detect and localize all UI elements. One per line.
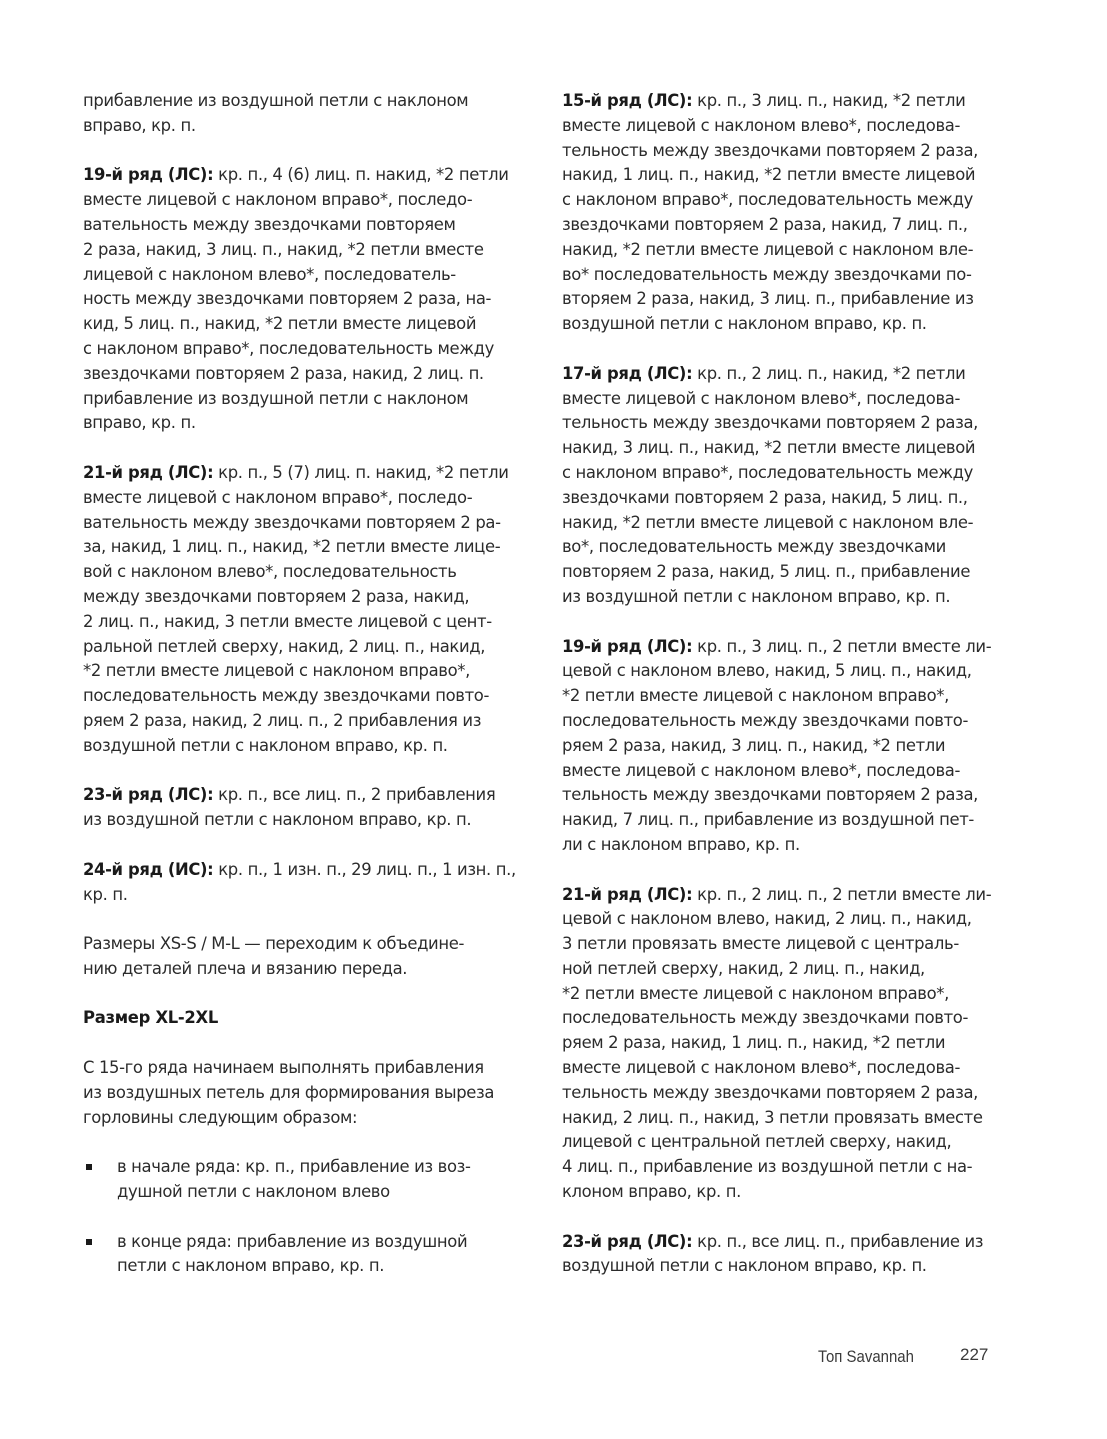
row-label: 23-й ряд (ЛС):: [83, 785, 213, 804]
row-label: 21-й ряд (ЛС):: [562, 885, 692, 904]
row-label: 17-й ряд (ЛС):: [562, 364, 692, 383]
row-19-instructions: 19-й ряд (ЛС): кр. п., 4 (6) лиц. п. нак…: [83, 163, 533, 436]
row-15-instructions: 15-й ряд (ЛС): кр. п., 3 лиц. п., накид,…: [562, 89, 1012, 337]
row-23-instructions: 23-й ряд (ЛС): кр. п., все лиц. п., приб…: [562, 1230, 1012, 1280]
row-24-instructions: 24-й ряд (ИС): кр. п., 1 изн. п., 29 лиц…: [83, 858, 533, 908]
row-21-instructions: 21-й ряд (ЛС): кр. п., 5 (7) лиц. п. нак…: [83, 461, 533, 759]
size-heading: Размер XL-2XL: [83, 1006, 533, 1031]
intro-continuation: прибавление из воздушной петли с наклоно…: [83, 89, 533, 139]
row-label: 24-й ряд (ИС):: [83, 860, 213, 879]
right-column: 15-й ряд (ЛС): кр. п., 3 лиц. п., накид,…: [562, 89, 1012, 1304]
row-label: 19-й ряд (ЛС):: [562, 637, 692, 656]
square-bullet-icon: [86, 1239, 92, 1245]
bullet-item-row-end: в конце ряда: прибавление из воздушной п…: [83, 1230, 533, 1280]
bullet-item-row-start: в начале ряда: кр. п., прибавление из во…: [83, 1155, 533, 1205]
page-number: 227: [960, 1345, 988, 1365]
row-17-instructions: 17-й ряд (ЛС): кр. п., 2 лиц. п., накид,…: [562, 362, 1012, 610]
row-21-instructions: 21-й ряд (ЛС): кр. п., 2 лиц. п., 2 петл…: [562, 883, 1012, 1205]
row-23-instructions: 23-й ряд (ЛС): кр. п., все лиц. п., 2 пр…: [83, 783, 533, 833]
row-label: 15-й ряд (ЛС):: [562, 91, 692, 110]
sizes-note: Размеры XS-S / M-L — переходим к объедин…: [83, 932, 533, 982]
row-label: 21-й ряд (ЛС):: [83, 463, 213, 482]
row-label: 23-й ряд (ЛС):: [562, 1232, 692, 1251]
square-bullet-icon: [86, 1164, 92, 1170]
row-19-instructions: 19-й ряд (ЛС): кр. п., 3 лиц. п., 2 петл…: [562, 635, 1012, 858]
row-label: 19-й ряд (ЛС):: [83, 165, 213, 184]
page-footer: Топ Savannah 227: [818, 1347, 927, 1367]
left-column: прибавление из воздушной петли с наклоно…: [83, 89, 533, 1304]
xl-intro: С 15-го ряда начинаем выполнять прибавле…: [83, 1056, 533, 1130]
running-title: Топ Savannah: [818, 1347, 914, 1367]
